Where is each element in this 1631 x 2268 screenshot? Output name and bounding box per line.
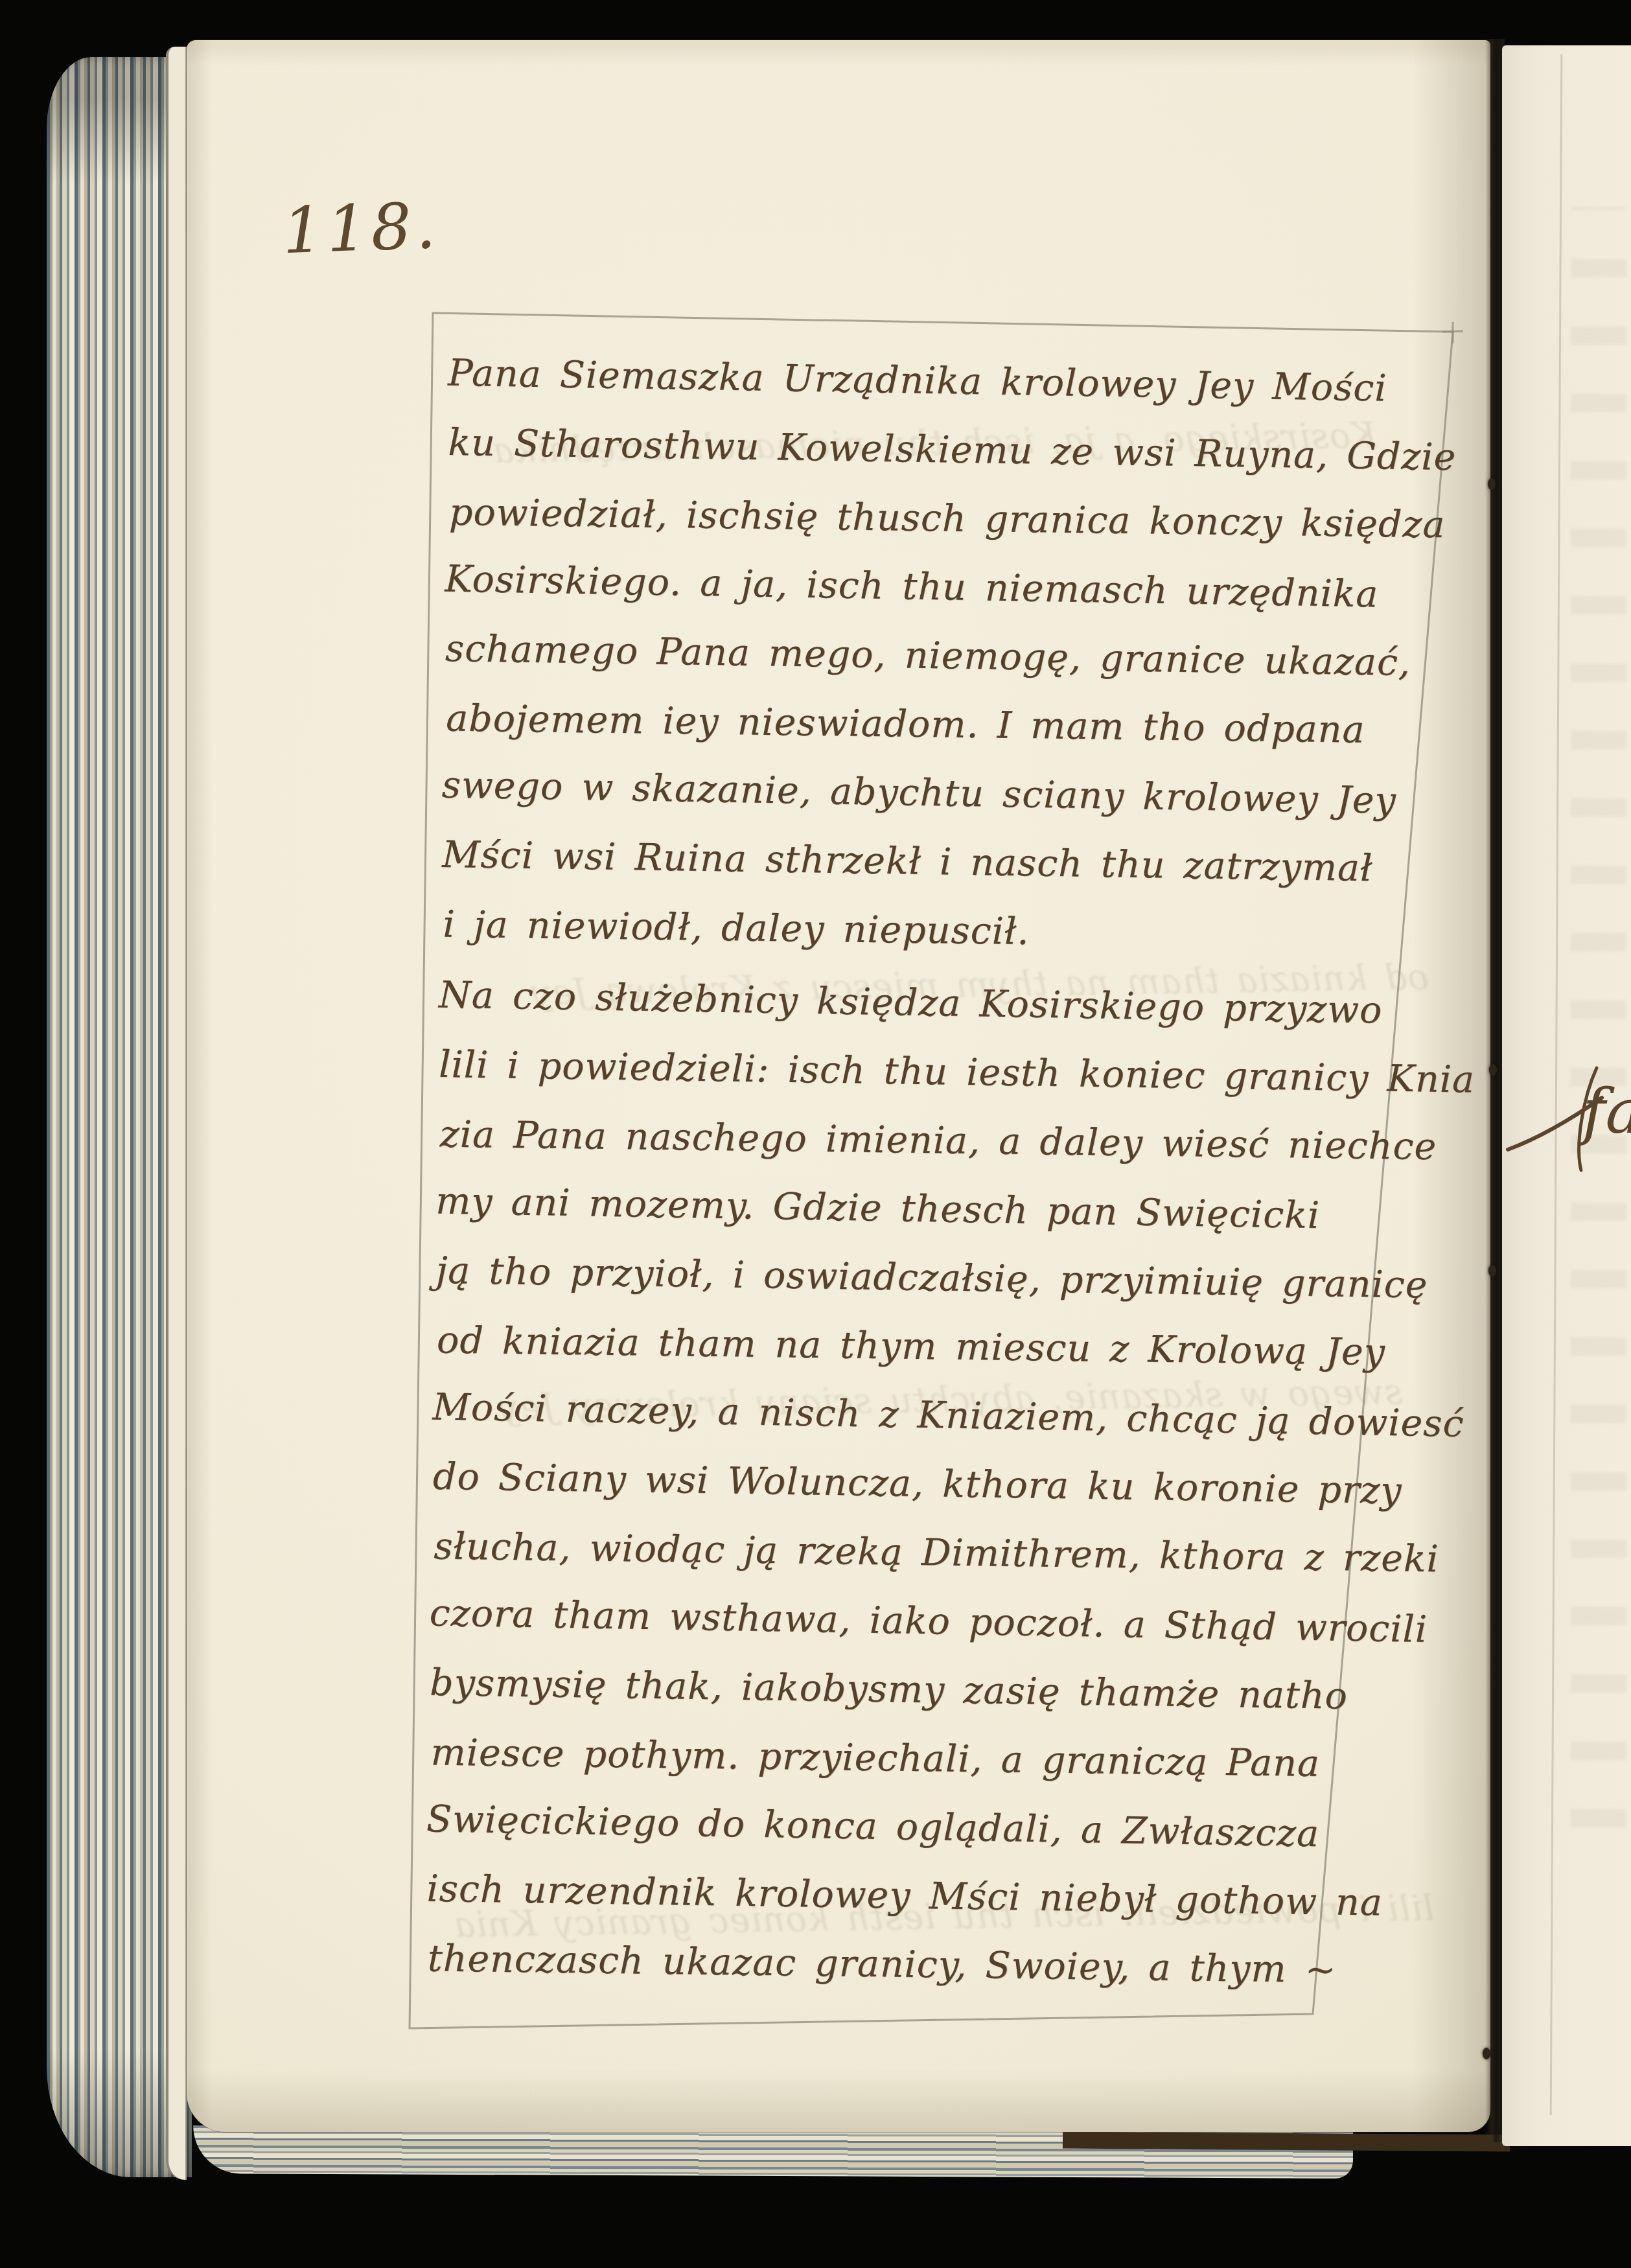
binding-stitch xyxy=(1483,2048,1490,2059)
page-number: 118. xyxy=(281,189,441,268)
ink-mark-label: fa xyxy=(1579,1075,1631,1148)
binding-stitch xyxy=(1488,478,1496,490)
manuscript-line: thenczasch ukazac granicy, Swoiey, a thy… xyxy=(427,1924,1436,2006)
next-page-bleedthrough xyxy=(1571,207,1626,1827)
binding-stitch xyxy=(1489,1064,1497,1076)
ink-mark-fa: fa xyxy=(1505,1034,1631,1190)
manuscript-line: i ja niewiodł, daley niepuscił. xyxy=(443,890,1452,972)
binding-stitch xyxy=(1488,1265,1496,1277)
book-board xyxy=(1063,2132,1510,2152)
page-edge-sheet xyxy=(166,47,187,2180)
book-photo: 118. Kosirskiego. a ja, isch thu niemasc… xyxy=(0,0,1631,2268)
manuscript-text: Pana Siemaszka Urządnika krolowey Jey Mo… xyxy=(425,340,1458,2007)
